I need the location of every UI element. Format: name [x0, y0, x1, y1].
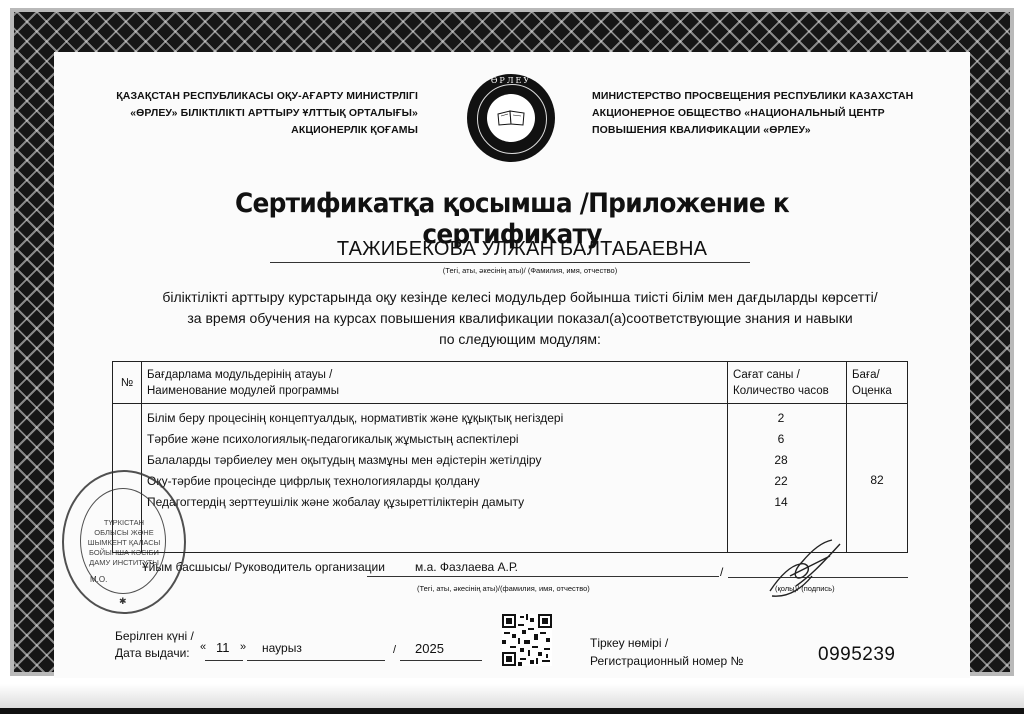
hours-value: 2	[733, 408, 841, 429]
hours-value: 28	[733, 450, 841, 471]
stamp-mo: М.О.	[90, 575, 107, 584]
stamp-line: ШЫМКЕНТ ҚАЛАСЫ	[86, 538, 162, 548]
day-underline	[205, 660, 243, 661]
signatory-underline	[367, 576, 719, 577]
open-book-icon	[497, 110, 525, 126]
signatory-slash: /	[720, 565, 723, 579]
official-stamp: ТҮРКІСТАН ОБЛЫСЫ ЖӘНЕ ШЫМКЕНТ ҚАЛАСЫ БОЙ…	[62, 470, 186, 614]
name-underline	[270, 262, 750, 263]
scan-edge	[0, 684, 1024, 714]
registration-number: 0995239	[818, 644, 895, 666]
date-close-quote: »	[240, 641, 246, 653]
issue-date-label-kz: Берілген күні /	[115, 628, 194, 645]
intro-line-3: по следующим модулям:	[130, 329, 910, 350]
intro-text: біліктілікті арттыру курстарында оқу кез…	[130, 287, 910, 350]
header-ru-line-1: МИНИСТЕРСТВО ПРОСВЕЩЕНИЯ РЕСПУБЛИКИ КАЗА…	[592, 88, 932, 105]
header-kazakh: ҚАЗАҚСТАН РЕСПУБЛИКАСЫ ОҚУ-АҒАРТУ МИНИСТ…	[100, 88, 418, 139]
intro-line-2: за время обучения на курсах повышения кв…	[130, 308, 910, 329]
hours-value: 22	[733, 471, 841, 492]
stamp-line: БОЙЫНША КӘСІБИ	[86, 548, 162, 558]
header-russian: МИНИСТЕРСТВО ПРОСВЕЩЕНИЯ РЕСПУБЛИКИ КАЗА…	[592, 88, 932, 139]
table-row: Білім беру процесінің концептуалдық, нор…	[147, 408, 722, 429]
registration-labels: Тіркеу нөмірі / Регистрационный номер №	[590, 634, 743, 670]
stamp-line: ОБЛЫСЫ ЖӘНЕ	[86, 528, 162, 538]
header-hours: Сағат саны / Количество часов	[728, 362, 847, 404]
signature-icon	[760, 536, 850, 602]
header-ru-line-2: АКЦИОНЕРНОЕ ОБЩЕСТВО «НАЦИОНАЛЬНЫЙ ЦЕНТР	[592, 105, 932, 122]
issue-date-label-ru: Дата выдачи:	[115, 645, 194, 662]
table-header-row: № Бағдарлама модульдерінің атауы / Наиме…	[113, 362, 908, 404]
module-cell: Білім беру процесінің концептуалдық, нор…	[142, 404, 728, 553]
recipient-name: ТАЖИБЕКОВА УЛЖАН БАЛТАБАЕВНА	[312, 238, 732, 261]
hours-cell: 2 6 28 22 14	[728, 404, 847, 553]
qr-code	[502, 614, 552, 666]
hours-value: 14	[733, 492, 841, 513]
header-ru-line-3: ПОВЫШЕНИЯ КВАЛИФИКАЦИИ «ӨРЛЕУ»	[592, 122, 932, 139]
stamp-line: ДАМУ ИНСТИТУТЫ	[86, 558, 162, 568]
registration-label-kz: Тіркеу нөмірі /	[590, 634, 743, 652]
table-row: Педагогтердің зерттеушілік және жобалау …	[147, 492, 722, 513]
header-kz-line-1: ҚАЗАҚСТАН РЕСПУБЛИКАСЫ ОҚУ-АҒАРТУ МИНИСТ…	[100, 88, 418, 105]
header-num: №	[113, 362, 142, 404]
header-module: Бағдарлама модульдерінің атауы / Наимено…	[142, 362, 728, 404]
stamp-line: ТҮРКІСТАН	[86, 518, 162, 528]
header-kz-line-2: «ӨРЛЕУ» БІЛІКТІЛІКТІ АРТТЫРУ ҰЛТТЫҚ ОРТА…	[100, 105, 418, 122]
issue-month: наурыз	[262, 641, 302, 655]
stamp-text: ТҮРКІСТАН ОБЛЫСЫ ЖӘНЕ ШЫМКЕНТ ҚАЛАСЫ БОЙ…	[86, 518, 162, 568]
issue-year: 2025	[415, 641, 444, 656]
hours-value: 6	[733, 429, 841, 450]
year-underline	[400, 660, 482, 661]
orleu-emblem: ӨРЛЕУ	[467, 74, 555, 162]
month-underline	[247, 660, 385, 661]
modules-table: № Бағдарлама модульдерінің атауы / Наиме…	[112, 361, 908, 553]
signatory-name: м.а. Фазлаева А.Р.	[415, 560, 518, 574]
issue-day: 11	[216, 640, 230, 655]
table-row: Оқу-тәрбие процесінде цифрлық технология…	[147, 471, 722, 492]
intro-line-1: біліктілікті арттыру курстарында оқу кез…	[130, 287, 910, 308]
header-grade: Баға/ Оценка	[847, 362, 908, 404]
registration-label-ru: Регистрационный номер №	[590, 652, 743, 670]
recipient-caption: (Тегі, аты, әкесінің аты)/ (Фамилия, имя…	[300, 266, 760, 275]
table-body-row: Білім беру процесінің концептуалдық, нор…	[113, 404, 908, 553]
table-row: Балаларды тәрбиелеу мен оқытудың мазмұны…	[147, 450, 722, 471]
star-icon: ✱	[119, 596, 127, 607]
table-row: Тәрбие және психологиялық-педагогикалық …	[147, 429, 722, 450]
signatory-caption: (Тегі, аты, әкесінің аты)/(фамилия, имя,…	[417, 584, 590, 593]
issue-date-labels: Берілген күні / Дата выдачи:	[115, 628, 194, 662]
grade-value: 82	[847, 404, 908, 553]
date-slash: /	[393, 644, 396, 656]
header-kz-line-3: АКЦИОНЕРЛІК ҚОҒАМЫ	[100, 122, 418, 139]
date-open-quote: «	[200, 641, 206, 653]
